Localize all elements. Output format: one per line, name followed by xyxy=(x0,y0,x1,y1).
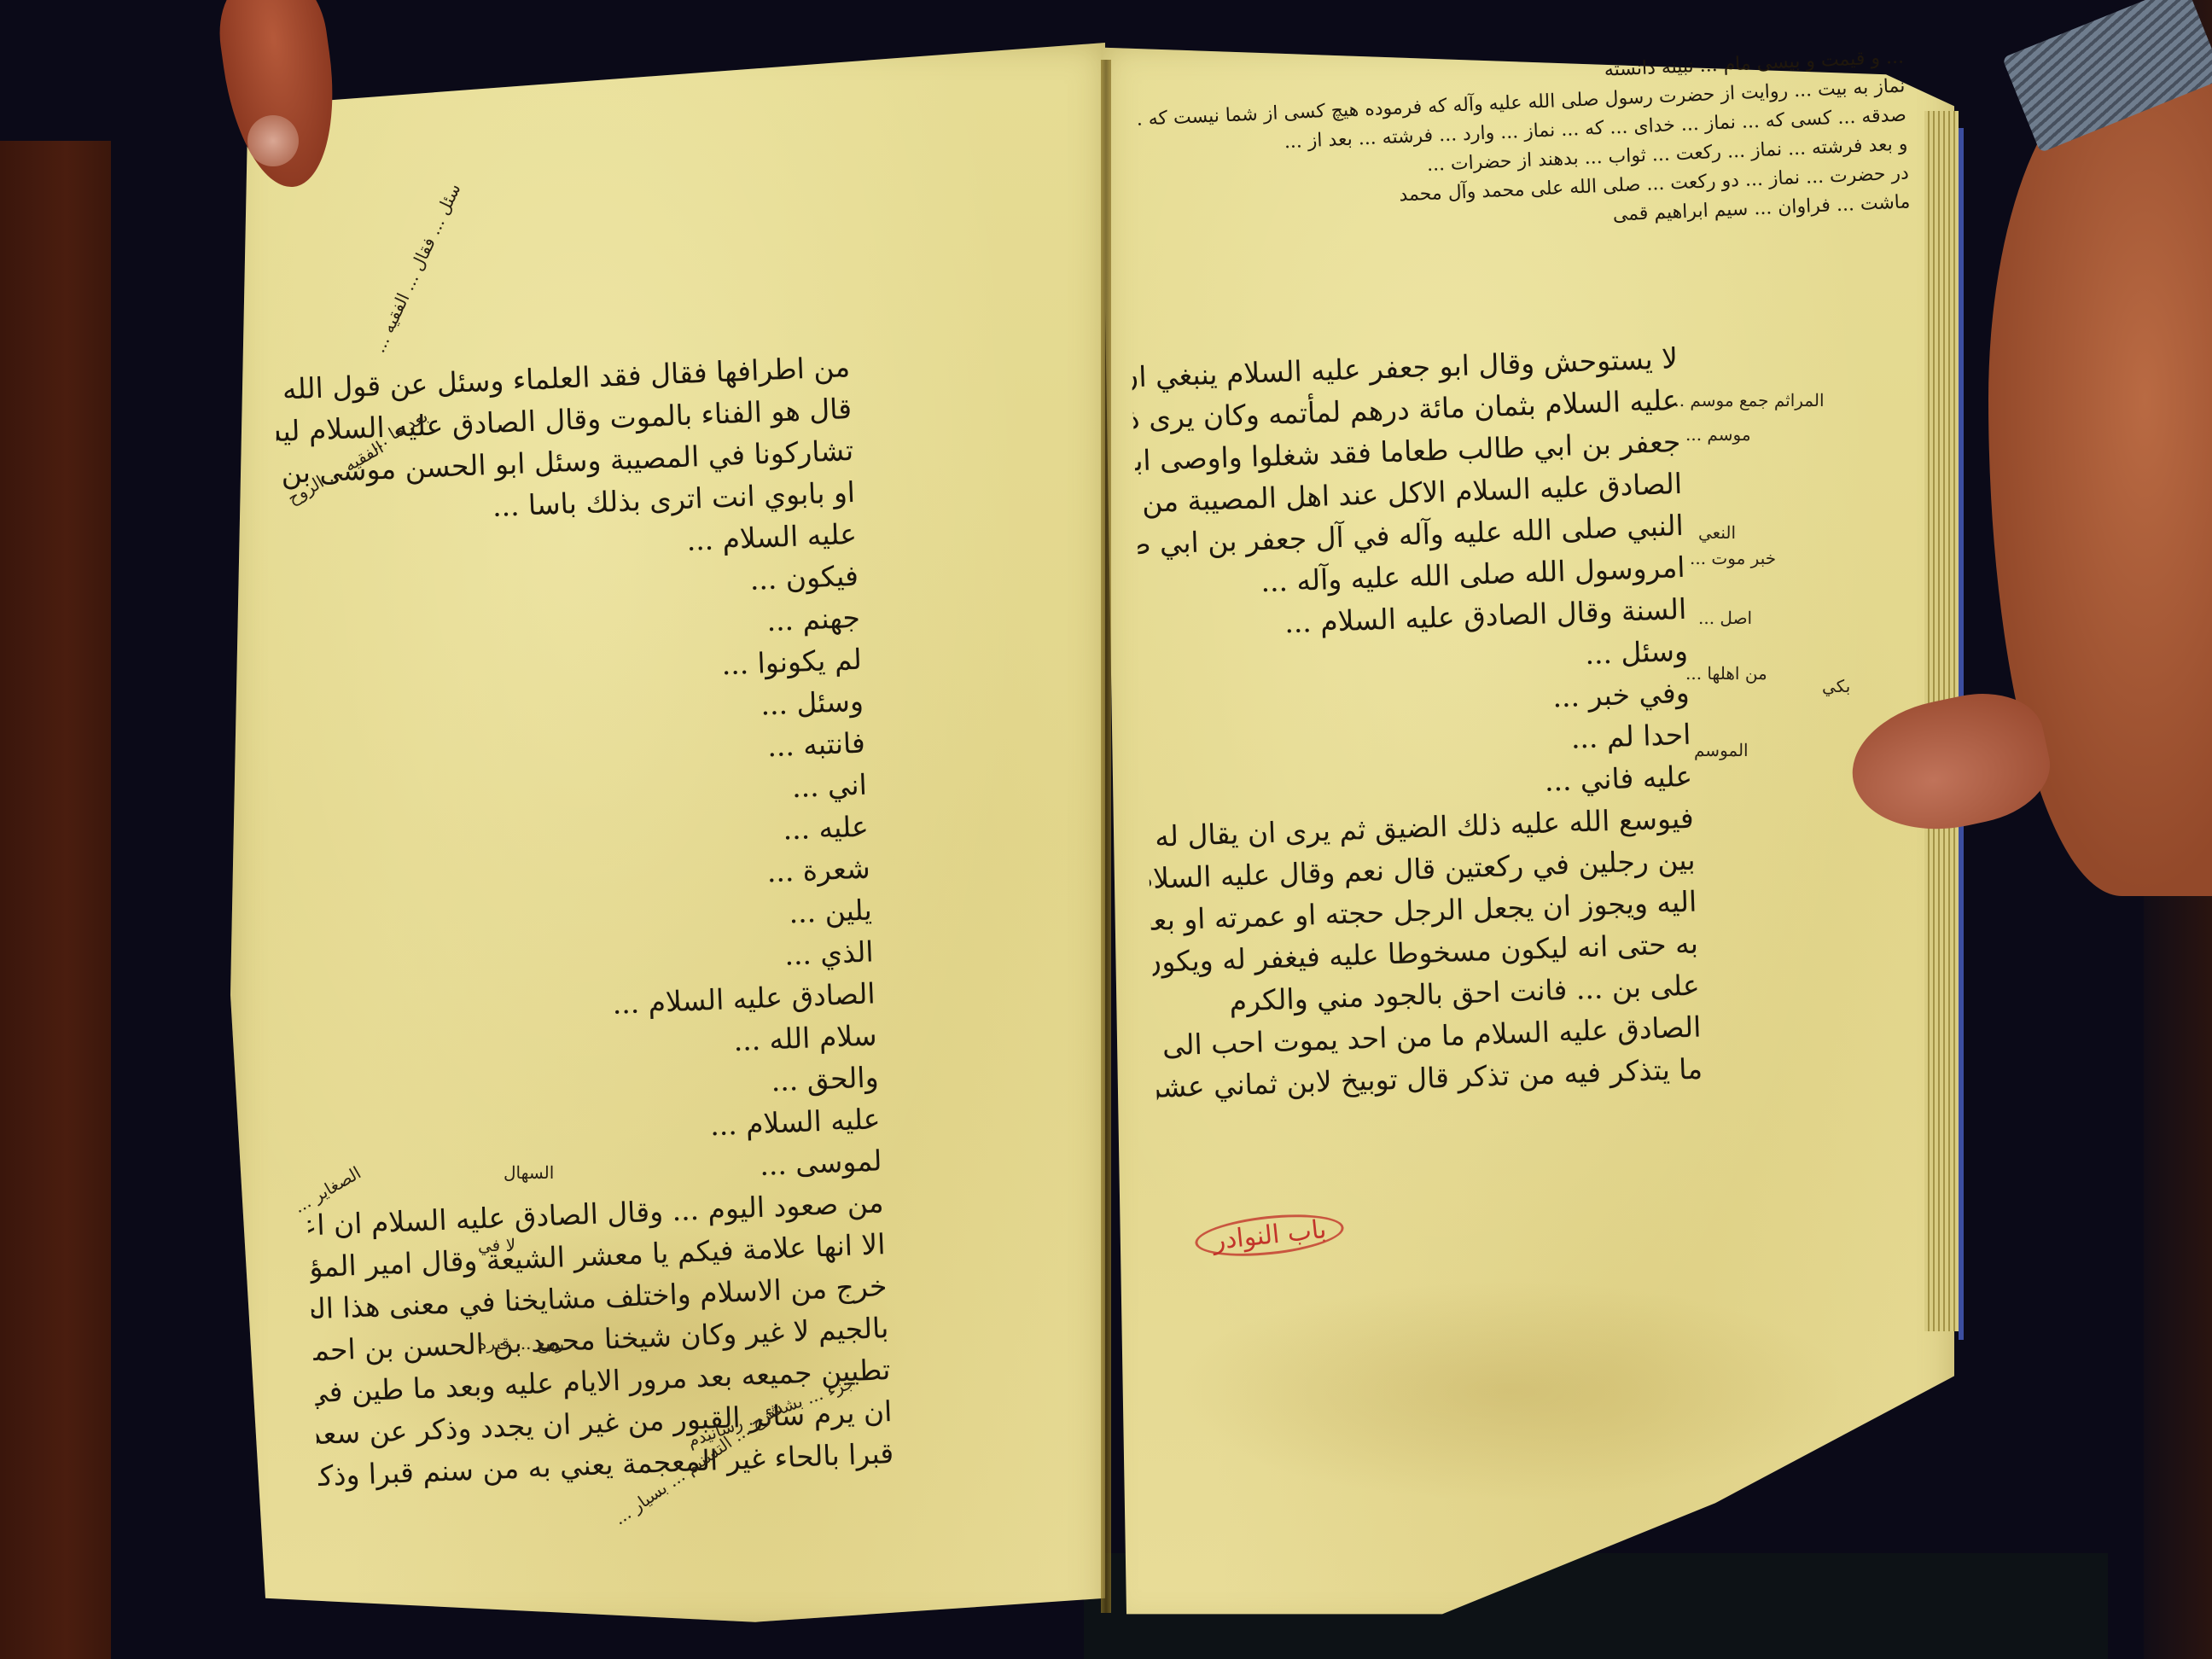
margin-gloss: النعي xyxy=(1698,521,1736,544)
paper-stain xyxy=(1169,1280,1852,1502)
margin-gloss: موسم ... xyxy=(1685,422,1751,446)
margin-gloss: لا في xyxy=(478,1233,515,1257)
right-page-main-text: لا يستوحش وقال ابو جعفر عليه السلام ينبغ… xyxy=(1131,337,1703,1109)
background-book-cover xyxy=(0,141,111,1659)
persian-marginal-note: ... و قیمت و بیسی مام ... نبینه دانسته ن… xyxy=(1136,43,1911,250)
margin-gloss: بكي xyxy=(1822,674,1850,698)
margin-gloss: اصل ... xyxy=(1698,606,1752,630)
margin-gloss: ربيع ... قبره xyxy=(478,1331,564,1355)
book-gutter xyxy=(1101,60,1111,1613)
margin-gloss: المراثم جمع موسم ... xyxy=(1668,388,1825,412)
margin-gloss: السهال xyxy=(504,1161,554,1185)
margin-gloss: خبر موت ... xyxy=(1690,546,1776,570)
margin-gloss: الموسم xyxy=(1694,738,1749,762)
margin-gloss: من اهلها ... xyxy=(1685,661,1767,685)
left-page-main-text: من اطرافها فقال فقد العلماء وسئل عن قول … xyxy=(274,346,895,1497)
fingernail xyxy=(247,115,299,166)
